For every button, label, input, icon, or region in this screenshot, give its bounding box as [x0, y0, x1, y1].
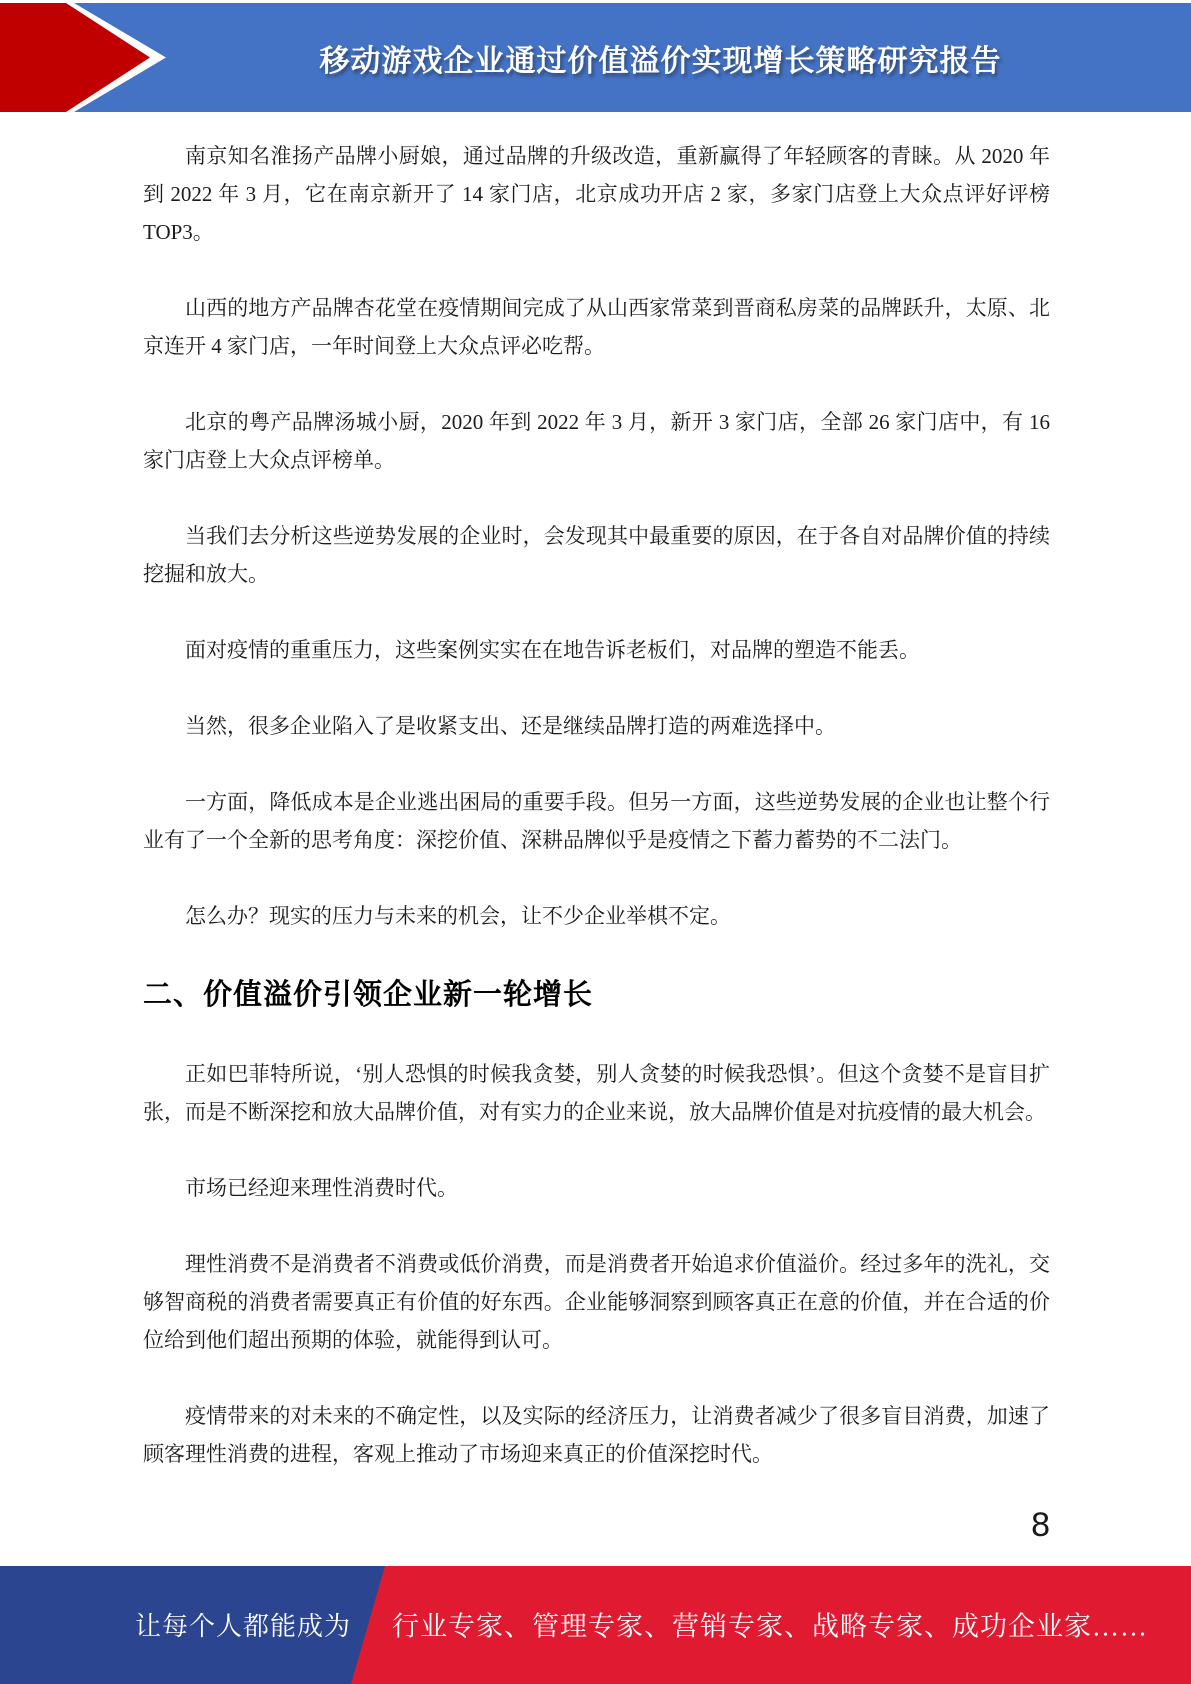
- body-paragraph-6: 当然，很多企业陷入了是收紧支出、还是继续品牌打造的两难选择中。: [143, 707, 1050, 745]
- body-paragraph-1: 南京知名淮扬产品牌小厨娘，通过品牌的升级改造，重新赢得了年轻顾客的青睐。从 20…: [143, 137, 1050, 251]
- body-paragraph-3: 北京的粤产品牌汤城小厨，2020 年到 2022 年 3 月，新开 3 家门店，…: [143, 403, 1050, 479]
- footer-slogan-right: 行业专家、管理专家、营销专家、战略专家、成功企业家……: [392, 1605, 1148, 1644]
- red-arrow-icon: [0, 3, 150, 112]
- page-number: 8: [1031, 1506, 1050, 1545]
- footer-slogan-left: 让每个人都能成为: [135, 1606, 351, 1643]
- body-paragraph-7: 一方面，降低成本是企业逃出困局的重要手段。但另一方面，这些逆势发展的企业也让整个…: [143, 783, 1050, 859]
- body-paragraph-9: 正如巴菲特所说，‘别人恐惧的时候我贪婪，别人贪婪的时候我恐惧’。但这个贪婪不是盲…: [143, 1055, 1050, 1131]
- body-paragraph-10: 市场已经迎来理性消费时代。: [143, 1169, 1050, 1207]
- body-paragraph-8: 怎么办？现实的压力与未来的机会，让不少企业举棋不定。: [143, 897, 1050, 935]
- header-banner: 移动游戏企业通过价值溢价实现增长策略研究报告: [0, 3, 1191, 112]
- body-paragraph-4: 当我们去分析这些逆势发展的企业时，会发现其中最重要的原因，在于各自对品牌价值的持…: [143, 517, 1050, 593]
- section-heading: 二、价值溢价引领企业新一轮增长: [143, 973, 1050, 1017]
- footer-banner: 让每个人都能成为 行业专家、管理专家、营销专家、战略专家、成功企业家……: [0, 1566, 1191, 1684]
- body-paragraph-11: 理性消费不是消费者不消费或低价消费，而是消费者开始追求价值溢价。经过多年的洗礼，…: [143, 1245, 1050, 1359]
- body-paragraph-12: 疫情带来的对未来的不确定性，以及实际的经济压力，让消费者减少了很多盲目消费，加速…: [143, 1397, 1050, 1473]
- document-body: 南京知名淮扬产品牌小厨娘，通过品牌的升级改造，重新赢得了年轻顾客的青睐。从 20…: [143, 137, 1050, 1527]
- body-paragraph-2: 山西的地方产品牌杏花堂在疫情期间完成了从山西家常菜到晋商私房菜的品牌跃升，太原、…: [143, 289, 1050, 365]
- report-title: 移动游戏企业通过价值溢价实现增长策略研究报告: [170, 3, 1151, 112]
- body-paragraph-5: 面对疫情的重重压力，这些案例实实在在地告诉老板们，对品牌的塑造不能丢。: [143, 631, 1050, 669]
- report-page: { "header": { "title": "移动游戏企业通过价值溢价实现增长…: [0, 0, 1191, 1684]
